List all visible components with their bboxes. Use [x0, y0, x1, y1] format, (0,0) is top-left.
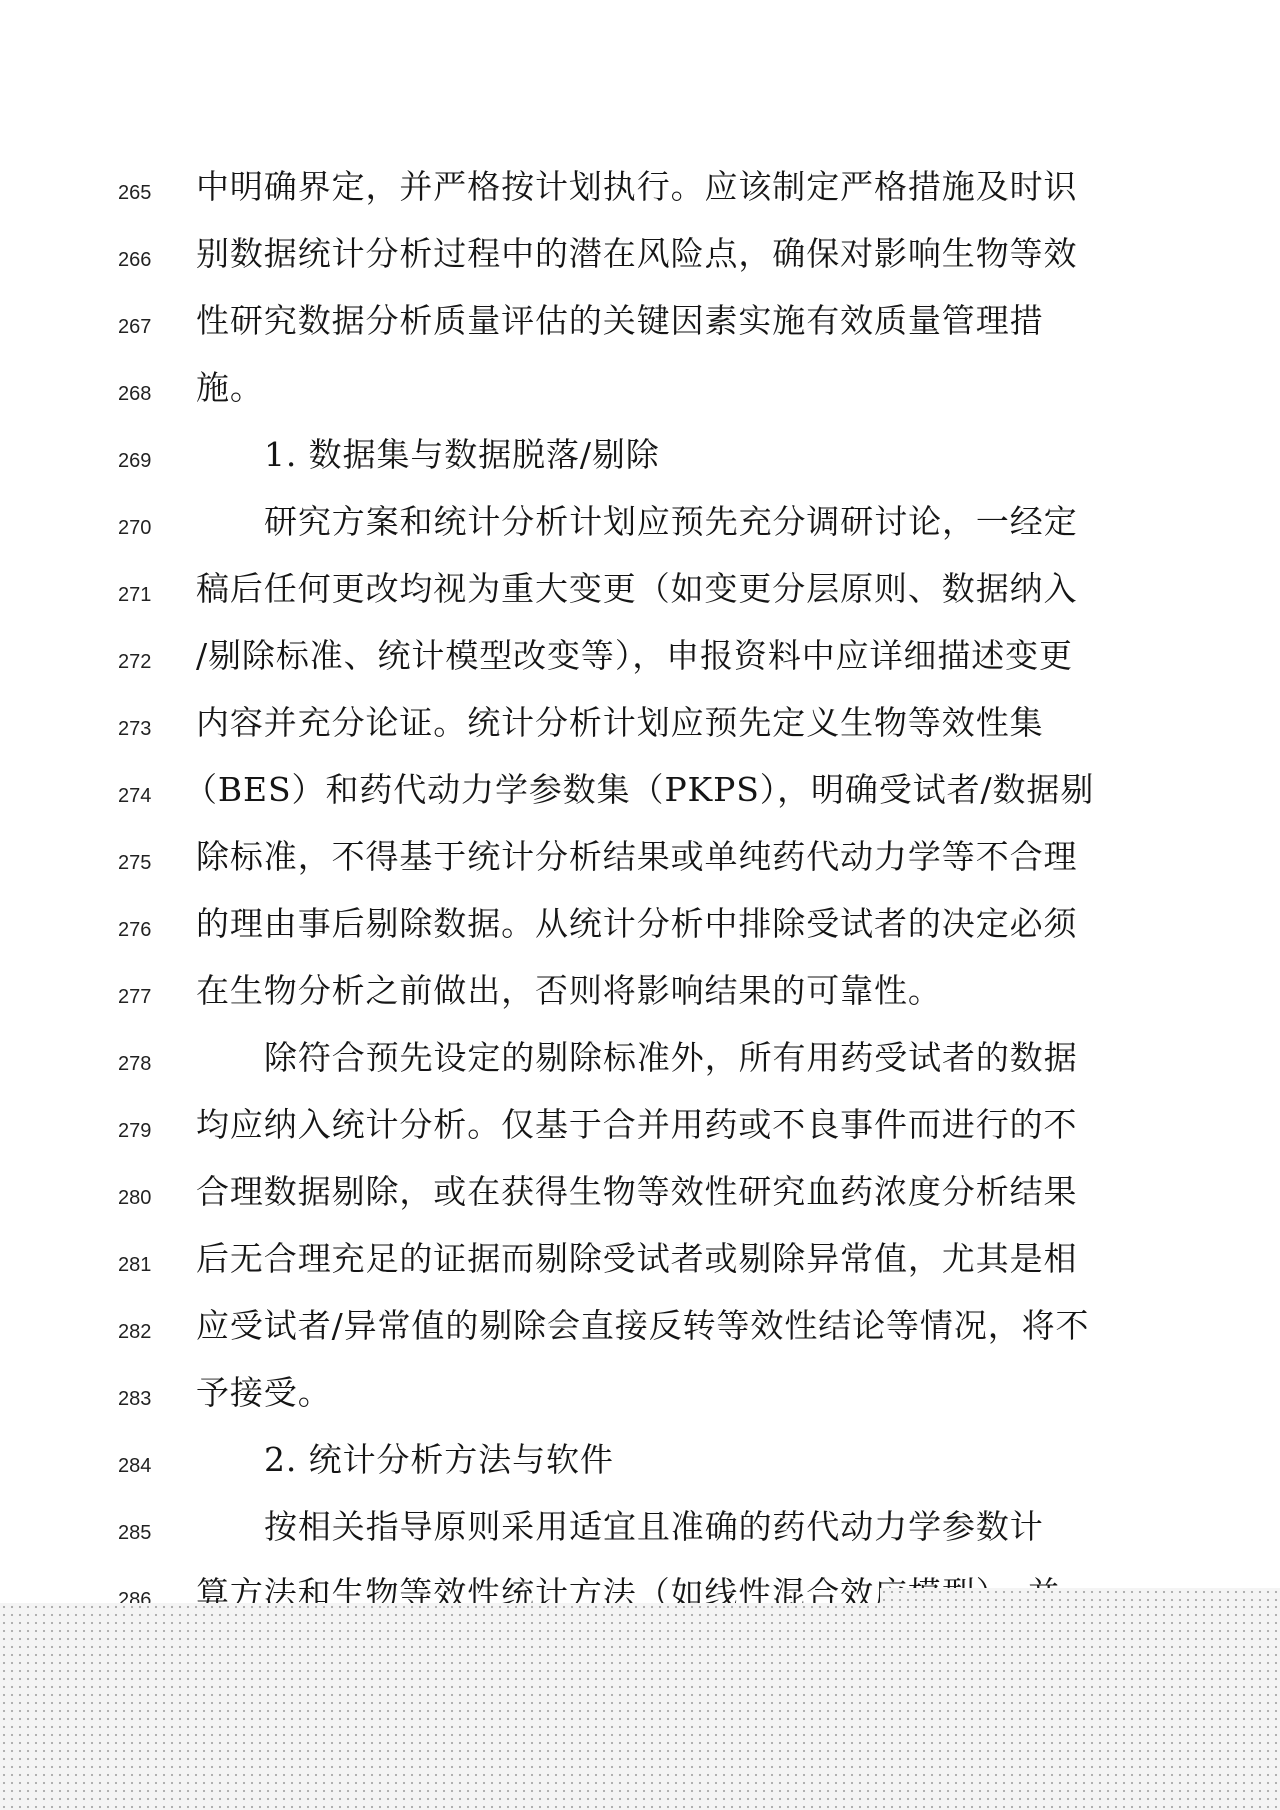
line-text: 研究方案和统计分析计划应预先充分调研讨论，一经定	[264, 502, 1164, 542]
line-number: 284	[118, 1456, 158, 1476]
line-text: 别数据统计分析过程中的潜在风险点，确保对影响生物等效	[196, 234, 1096, 274]
doc-line: 268 施。	[0, 361, 1280, 428]
line-number: 283	[118, 1389, 158, 1409]
doc-line: 277 在生物分析之前做出，否则将影响结果的可靠性。	[0, 964, 1280, 1031]
line-text: 施。	[196, 368, 1096, 408]
line-text: /剔除标准、统计模型改变等），申报资料中应详细描述变更	[196, 636, 1096, 676]
doc-line: 276 的理由事后剔除数据。从统计分析中排除受试者的决定必须	[0, 897, 1280, 964]
doc-line: 282 应受试者/异常值的剔除会直接反转等效性结论等情况，将不	[0, 1299, 1280, 1366]
line-text: 均应纳入统计分析。仅基于合并用药或不良事件而进行的不	[196, 1105, 1096, 1145]
line-text: 性研究数据分析质量评估的关键因素实施有效质量管理措	[196, 301, 1096, 341]
line-text: 中明确界定，并严格按计划执行。应该制定严格措施及时识	[196, 167, 1096, 207]
doc-line: 278 除符合预先设定的剔除标准外，所有用药受试者的数据	[0, 1031, 1280, 1098]
heading-text: 2. 统计分析方法与软件	[264, 1440, 1164, 1480]
doc-line: 270 研究方案和统计分析计划应预先充分调研讨论，一经定	[0, 495, 1280, 562]
line-text: 应受试者/异常值的剔除会直接反转等效性结论等情况，将不	[196, 1306, 1096, 1346]
line-number: 277	[118, 987, 158, 1007]
dotted-overlay-edge	[880, 1588, 1280, 1604]
line-number: 281	[118, 1255, 158, 1275]
line-number: 274	[118, 786, 158, 806]
line-number: 276	[118, 920, 158, 940]
doc-line: 274 （BES）和药代动力学参数集（PKPS），明确受试者/数据剔	[0, 763, 1280, 830]
doc-line: 275 除标准，不得基于统计分析结果或单纯药代动力学等不合理	[0, 830, 1280, 897]
line-text: 按相关指导原则采用适宜且准确的药代动力学参数计	[264, 1507, 1164, 1547]
line-text: 在生物分析之前做出，否则将影响结果的可靠性。	[196, 971, 1096, 1011]
line-number: 269	[118, 451, 158, 471]
line-number: 270	[118, 518, 158, 538]
line-number: 266	[118, 250, 158, 270]
doc-line: 272 /剔除标准、统计模型改变等），申报资料中应详细描述变更	[0, 629, 1280, 696]
line-text: 除标准，不得基于统计分析结果或单纯药代动力学等不合理	[196, 837, 1096, 877]
line-number: 268	[118, 384, 158, 404]
line-number: 279	[118, 1121, 158, 1141]
line-number: 271	[118, 585, 158, 605]
doc-line: 267 性研究数据分析质量评估的关键因素实施有效质量管理措	[0, 294, 1280, 361]
line-text: 后无合理充足的证据而剔除受试者或剔除异常值，尤其是相	[196, 1239, 1096, 1279]
line-number: 285	[118, 1523, 158, 1543]
document-page: 265 中明确界定，并严格按计划执行。应该制定严格措施及时识 266 别数据统计…	[0, 0, 1280, 1810]
doc-line: 273 内容并充分论证。统计分析计划应预先定义生物等效性集	[0, 696, 1280, 763]
doc-line: 285 按相关指导原则采用适宜且准确的药代动力学参数计	[0, 1500, 1280, 1567]
line-text: 予接受。	[196, 1373, 1096, 1413]
line-text: 除符合预先设定的剔除标准外，所有用药受试者的数据	[264, 1038, 1164, 1078]
line-number: 278	[118, 1054, 158, 1074]
line-number: 265	[118, 183, 158, 203]
line-number: 280	[118, 1188, 158, 1208]
line-text: 内容并充分论证。统计分析计划应预先定义生物等效性集	[196, 703, 1096, 743]
doc-line: 271 稿后任何更改均视为重大变更（如变更分层原则、数据纳入	[0, 562, 1280, 629]
doc-line: 279 均应纳入统计分析。仅基于合并用药或不良事件而进行的不	[0, 1098, 1280, 1165]
line-text: 的理由事后剔除数据。从统计分析中排除受试者的决定必须	[196, 904, 1096, 944]
doc-line: 265 中明确界定，并严格按计划执行。应该制定严格措施及时识	[0, 160, 1280, 227]
line-text: 稿后任何更改均视为重大变更（如变更分层原则、数据纳入	[196, 569, 1096, 609]
line-number: 267	[118, 317, 158, 337]
line-number: 282	[118, 1322, 158, 1342]
dotted-overlay	[0, 1603, 1280, 1810]
line-text: 合理数据剔除，或在获得生物等效性研究血药浓度分析结果	[196, 1172, 1096, 1212]
line-number: 275	[118, 853, 158, 873]
section-heading: 284 2. 统计分析方法与软件	[0, 1433, 1280, 1500]
doc-line: 281 后无合理充足的证据而剔除受试者或剔除异常值，尤其是相	[0, 1232, 1280, 1299]
line-number: 273	[118, 719, 158, 739]
doc-line: 280 合理数据剔除，或在获得生物等效性研究血药浓度分析结果	[0, 1165, 1280, 1232]
doc-line: 266 别数据统计分析过程中的潜在风险点，确保对影响生物等效	[0, 227, 1280, 294]
line-number: 272	[118, 652, 158, 672]
line-text: （BES）和药代动力学参数集（PKPS），明确受试者/数据剔	[184, 770, 1084, 810]
heading-text: 1. 数据集与数据脱落/剔除	[264, 435, 1164, 475]
doc-line: 283 予接受。	[0, 1366, 1280, 1433]
section-heading: 269 1. 数据集与数据脱落/剔除	[0, 428, 1280, 495]
